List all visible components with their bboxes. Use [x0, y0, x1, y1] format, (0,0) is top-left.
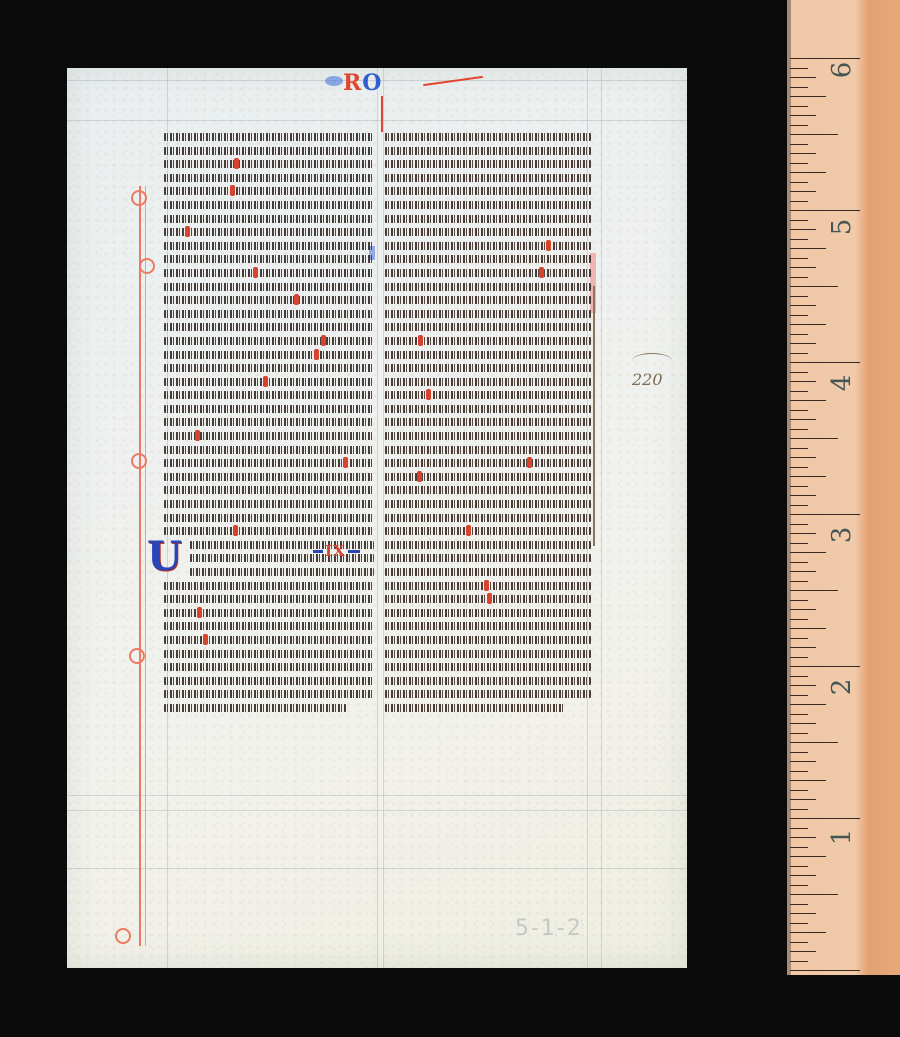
script-ink — [164, 323, 374, 331]
script-ink — [385, 446, 591, 454]
script-line — [164, 497, 374, 511]
script-line — [385, 307, 591, 321]
ruler-number: 3 — [827, 520, 857, 550]
ruler-tick — [790, 448, 808, 449]
ruler-tick — [790, 609, 816, 610]
script-ink — [385, 283, 591, 291]
pencil-annotation: 5-1-2 — [515, 916, 583, 941]
text-column-left — [164, 130, 374, 715]
ruler-tick — [790, 163, 808, 164]
script-line — [385, 225, 591, 239]
ruler-tick — [790, 780, 826, 781]
ruler-tick — [790, 885, 808, 886]
script-ink — [385, 378, 591, 386]
script-line — [164, 592, 374, 606]
ruler-tick — [790, 847, 808, 848]
script-ink — [164, 255, 374, 263]
script-ink — [385, 337, 591, 345]
rubric-mark — [343, 457, 348, 468]
script-line — [164, 660, 374, 674]
ruler-tick — [790, 495, 816, 496]
script-ink — [164, 364, 374, 372]
script-line — [385, 592, 591, 606]
script-line — [164, 402, 374, 416]
ruler-tick — [790, 87, 808, 88]
script-ink — [190, 541, 374, 549]
ruler-tick — [790, 942, 808, 943]
ruler-tick — [790, 657, 808, 658]
script-ink — [164, 296, 374, 304]
script-ink — [190, 554, 374, 562]
script-ink — [385, 269, 591, 277]
ruler-tick — [790, 961, 808, 962]
script-line — [164, 280, 374, 294]
running-head: RO — [343, 70, 382, 96]
ruler-tick — [790, 305, 816, 306]
rubric-mark — [230, 185, 235, 196]
ruler-tick — [790, 220, 808, 221]
script-ink — [164, 391, 374, 399]
penwork-curl — [131, 453, 147, 469]
ruler-tick — [790, 201, 808, 202]
script-line — [164, 483, 374, 497]
script-line — [385, 524, 591, 538]
script-ink — [164, 418, 374, 426]
ruler-tick — [790, 799, 816, 800]
script-ink — [385, 554, 591, 562]
script-line — [164, 266, 374, 280]
script-line — [164, 687, 374, 701]
script-line — [164, 293, 374, 307]
script-line — [385, 375, 591, 389]
script-ink — [385, 228, 591, 236]
rubric-mark — [546, 240, 551, 251]
script-line — [385, 361, 591, 375]
script-line — [385, 429, 591, 443]
script-line — [385, 402, 591, 416]
script-line — [385, 701, 591, 715]
ruler-tick — [790, 467, 808, 468]
ruler-tick — [790, 229, 816, 230]
script-ink — [385, 418, 591, 426]
ruler-tick — [790, 685, 816, 686]
script-line — [164, 606, 374, 620]
ruler-tick — [790, 125, 808, 126]
script-ink — [164, 650, 374, 658]
script-ink — [164, 595, 374, 603]
ruler-tick — [790, 647, 816, 648]
script-line — [385, 130, 591, 144]
ruler-tick — [790, 362, 860, 363]
rubric-mark — [253, 267, 258, 278]
ruler-tick — [790, 818, 860, 819]
ruler-tick — [790, 752, 808, 753]
script-ink — [164, 378, 374, 386]
ruler-tick — [790, 106, 808, 107]
script-ink — [385, 323, 591, 331]
ruler-tick — [790, 258, 808, 259]
script-line — [385, 266, 591, 280]
script-ink — [164, 269, 374, 277]
penwork-border-right — [593, 286, 595, 546]
script-ink — [385, 527, 591, 535]
ruler-tick — [790, 438, 838, 439]
penwork-curl — [115, 928, 131, 944]
ruling-line — [383, 68, 384, 968]
ruler-tick — [790, 704, 826, 705]
script-ink — [385, 473, 591, 481]
ruler-tick — [790, 638, 808, 639]
ruler-tick — [790, 790, 808, 791]
ruling-line — [601, 68, 602, 968]
ruler-tick — [790, 742, 838, 743]
ruler-tick — [790, 353, 808, 354]
ruler-tick — [790, 296, 808, 297]
ruler-tick — [790, 182, 808, 183]
script-ink — [385, 663, 591, 671]
ruler-tick — [790, 600, 808, 601]
rubric-mark — [487, 593, 492, 604]
script-ink — [164, 514, 374, 522]
script-ink — [385, 255, 591, 263]
script-ink — [385, 242, 591, 250]
script-ink — [385, 690, 591, 698]
script-ink — [190, 568, 374, 576]
ruler-tick — [790, 172, 826, 173]
marginal-swash-icon — [632, 353, 672, 368]
script-ink — [385, 174, 591, 182]
ruler-number: 2 — [827, 672, 857, 702]
marginal-note: 220 — [632, 353, 672, 389]
ruler-tick — [790, 334, 808, 335]
ruler-tick — [790, 476, 826, 477]
ruler-tick — [790, 590, 838, 591]
script-ink — [164, 310, 374, 318]
script-ink — [385, 541, 591, 549]
script-line — [385, 579, 591, 593]
ruler-tick — [790, 714, 808, 715]
script-ink — [385, 160, 591, 168]
script-line — [385, 348, 591, 362]
ruler-tick — [790, 277, 808, 278]
script-ink — [164, 283, 374, 291]
script-ink — [385, 147, 591, 155]
script-line — [164, 619, 374, 633]
ruler-tick — [790, 771, 808, 772]
ruler-tick — [790, 343, 816, 344]
script-line — [164, 361, 374, 375]
script-ink — [164, 609, 374, 617]
rubric-mark — [484, 580, 489, 591]
ruler-tick — [790, 324, 826, 325]
script-line — [164, 429, 374, 443]
script-line — [385, 470, 591, 484]
rubric-mark — [539, 267, 544, 278]
script-line — [164, 415, 374, 429]
script-ink — [385, 187, 591, 195]
ruler-tick — [790, 514, 860, 515]
script-ink — [385, 636, 591, 644]
script-ink — [164, 133, 374, 141]
script-line — [385, 565, 591, 579]
script-ink — [385, 432, 591, 440]
manuscript-leaf: RO U IX 220 5-1-2 — [67, 68, 687, 968]
ruler-tick — [790, 761, 816, 762]
ruler-tick — [790, 248, 826, 249]
ruler-tick — [790, 970, 860, 971]
ruler-tick — [790, 153, 816, 154]
marginal-note-text: 220 — [632, 370, 663, 389]
script-line — [385, 198, 591, 212]
script-ink — [385, 215, 591, 223]
script-line — [164, 348, 374, 362]
blue-flourish — [325, 76, 343, 86]
ruler-number: 1 — [827, 822, 857, 852]
script-line — [164, 252, 374, 266]
ruler-tick — [790, 419, 816, 420]
running-head-letter-r: R — [343, 70, 362, 96]
script-ink — [164, 174, 374, 182]
script-line — [385, 184, 591, 198]
script-line — [385, 606, 591, 620]
script-line — [385, 647, 591, 661]
script-ink — [385, 514, 591, 522]
script-line — [385, 334, 591, 348]
script-ink — [164, 215, 374, 223]
ruling-line — [67, 810, 687, 811]
ruling-line — [67, 795, 687, 796]
ruler-tick — [790, 875, 816, 876]
script-line — [385, 239, 591, 253]
rubric-mark — [294, 294, 299, 305]
script-line — [164, 157, 374, 171]
script-line — [164, 524, 374, 538]
script-ink — [164, 500, 374, 508]
script-line — [385, 252, 591, 266]
script-line — [385, 674, 591, 688]
ruler-tick — [790, 210, 860, 211]
ruler-tick — [790, 144, 808, 145]
penwork-curl — [139, 258, 155, 274]
script-ink — [385, 405, 591, 413]
script-ink — [164, 147, 374, 155]
ruler-tick — [790, 552, 826, 553]
script-ink — [164, 351, 374, 359]
rubric-mark — [195, 430, 200, 441]
ruler-tick — [790, 134, 838, 135]
ruler-tick — [790, 828, 808, 829]
ruler-tick — [790, 581, 808, 582]
script-line — [164, 470, 374, 484]
ruler-tick — [790, 733, 808, 734]
script-ink — [385, 133, 591, 141]
red-flourish-stem — [381, 96, 383, 132]
ruler-tick — [790, 286, 838, 287]
script-ink — [164, 663, 374, 671]
ruler-tick — [790, 628, 826, 629]
script-ink — [385, 486, 591, 494]
ruler-tick — [790, 115, 816, 116]
script-line — [164, 511, 374, 525]
script-ink — [385, 650, 591, 658]
rubric-mark — [203, 634, 208, 645]
ruling-line — [67, 868, 687, 869]
script-line — [385, 660, 591, 674]
script-ink — [164, 446, 374, 454]
script-ink — [385, 609, 591, 617]
rubric-mark — [426, 389, 431, 400]
script-ink — [164, 677, 374, 685]
rubric-mark — [417, 471, 422, 482]
ruler-tick — [790, 191, 816, 192]
penwork-curl — [129, 648, 145, 664]
ruler-tick — [790, 96, 826, 97]
red-flourish-tail — [423, 76, 483, 86]
script-line — [385, 144, 591, 158]
ruler-tick — [790, 951, 816, 952]
script-line — [164, 443, 374, 457]
decorated-initial: U — [147, 538, 187, 576]
ruler-tick — [790, 429, 808, 430]
script-ink — [385, 364, 591, 372]
ruler-tick — [790, 486, 808, 487]
ruler-tick — [790, 913, 816, 914]
ruler-edge — [787, 0, 791, 975]
script-line — [164, 647, 374, 661]
script-ink — [164, 473, 374, 481]
inch-ruler: 6 5 4 3 2 1 — [787, 0, 900, 975]
script-line — [164, 565, 374, 579]
script-ink — [164, 405, 374, 413]
ruler-tick — [790, 372, 808, 373]
script-ink — [385, 568, 591, 576]
script-line — [164, 320, 374, 334]
script-ink — [164, 704, 346, 712]
script-line — [164, 456, 374, 470]
text-column-right — [385, 130, 591, 715]
script-line — [164, 239, 374, 253]
ruler-tick — [790, 391, 808, 392]
script-line — [164, 579, 374, 593]
ruler-tick — [790, 856, 826, 857]
ruler-tick — [790, 524, 808, 525]
script-line — [164, 212, 374, 226]
script-line — [164, 171, 374, 185]
script-ink — [385, 391, 591, 399]
script-line — [385, 443, 591, 457]
rubric-mark — [321, 335, 326, 346]
script-line — [164, 334, 374, 348]
script-line — [385, 497, 591, 511]
ruler-tick — [790, 381, 816, 382]
script-line — [164, 144, 374, 158]
ruler-tick — [790, 809, 808, 810]
script-line — [385, 293, 591, 307]
script-line — [164, 388, 374, 402]
script-line — [385, 280, 591, 294]
script-ink — [164, 228, 374, 236]
ruler-tick — [790, 533, 816, 534]
ruler-tick — [790, 315, 808, 316]
script-line — [385, 320, 591, 334]
ruler-tick — [790, 666, 860, 667]
script-line — [164, 225, 374, 239]
script-line — [385, 619, 591, 633]
chapter-number: IX — [325, 542, 346, 560]
script-ink — [385, 622, 591, 630]
ruler-tick — [790, 562, 808, 563]
script-line — [385, 538, 591, 552]
rubric-mark — [314, 349, 319, 360]
ruler-tick — [790, 676, 808, 677]
script-line — [385, 415, 591, 429]
script-line — [385, 388, 591, 402]
rubric-mark — [418, 335, 423, 346]
rubric-mark — [527, 457, 532, 468]
script-line — [385, 483, 591, 497]
script-line — [164, 375, 374, 389]
script-ink — [385, 296, 591, 304]
script-ink — [164, 527, 374, 535]
ruler-tick — [790, 543, 808, 544]
script-line — [164, 701, 374, 715]
penwork-curl — [131, 190, 147, 206]
script-line — [164, 674, 374, 688]
ruler-tick — [790, 239, 808, 240]
script-ink — [385, 459, 591, 467]
script-line — [385, 157, 591, 171]
ruling-line — [67, 120, 687, 121]
running-head-letter-o: O — [362, 70, 382, 96]
script-line — [164, 307, 374, 321]
script-ink — [164, 160, 374, 168]
ruler-tick — [790, 410, 808, 411]
rubric-mark — [234, 158, 239, 169]
ruler-number: 5 — [827, 212, 857, 242]
script-ink — [164, 486, 374, 494]
script-ink — [164, 201, 374, 209]
ruler-tick — [790, 267, 816, 268]
ruler-tick — [790, 619, 808, 620]
ruler-tick — [790, 723, 816, 724]
ruler-tick — [790, 932, 826, 933]
script-ink — [164, 636, 374, 644]
ruler-tick — [790, 923, 808, 924]
ruler-tick — [790, 68, 808, 69]
script-ink — [164, 582, 374, 590]
ruler-tick — [790, 571, 816, 572]
ruler-tick — [790, 400, 826, 401]
script-ink — [164, 622, 374, 630]
script-ink — [164, 337, 374, 345]
script-line — [385, 171, 591, 185]
ruler-tick — [790, 904, 808, 905]
script-ink — [385, 201, 591, 209]
ruler-tick — [790, 866, 808, 867]
ruler-number: 4 — [827, 368, 857, 398]
script-ink — [164, 690, 374, 698]
script-ink — [164, 242, 374, 250]
script-line — [385, 551, 591, 565]
script-line — [385, 687, 591, 701]
script-ink — [385, 704, 564, 712]
script-line — [164, 184, 374, 198]
ruling-line — [377, 68, 378, 968]
script-line — [385, 633, 591, 647]
script-line — [164, 130, 374, 144]
ruler-tick — [790, 77, 816, 78]
ruler-tick — [790, 695, 808, 696]
